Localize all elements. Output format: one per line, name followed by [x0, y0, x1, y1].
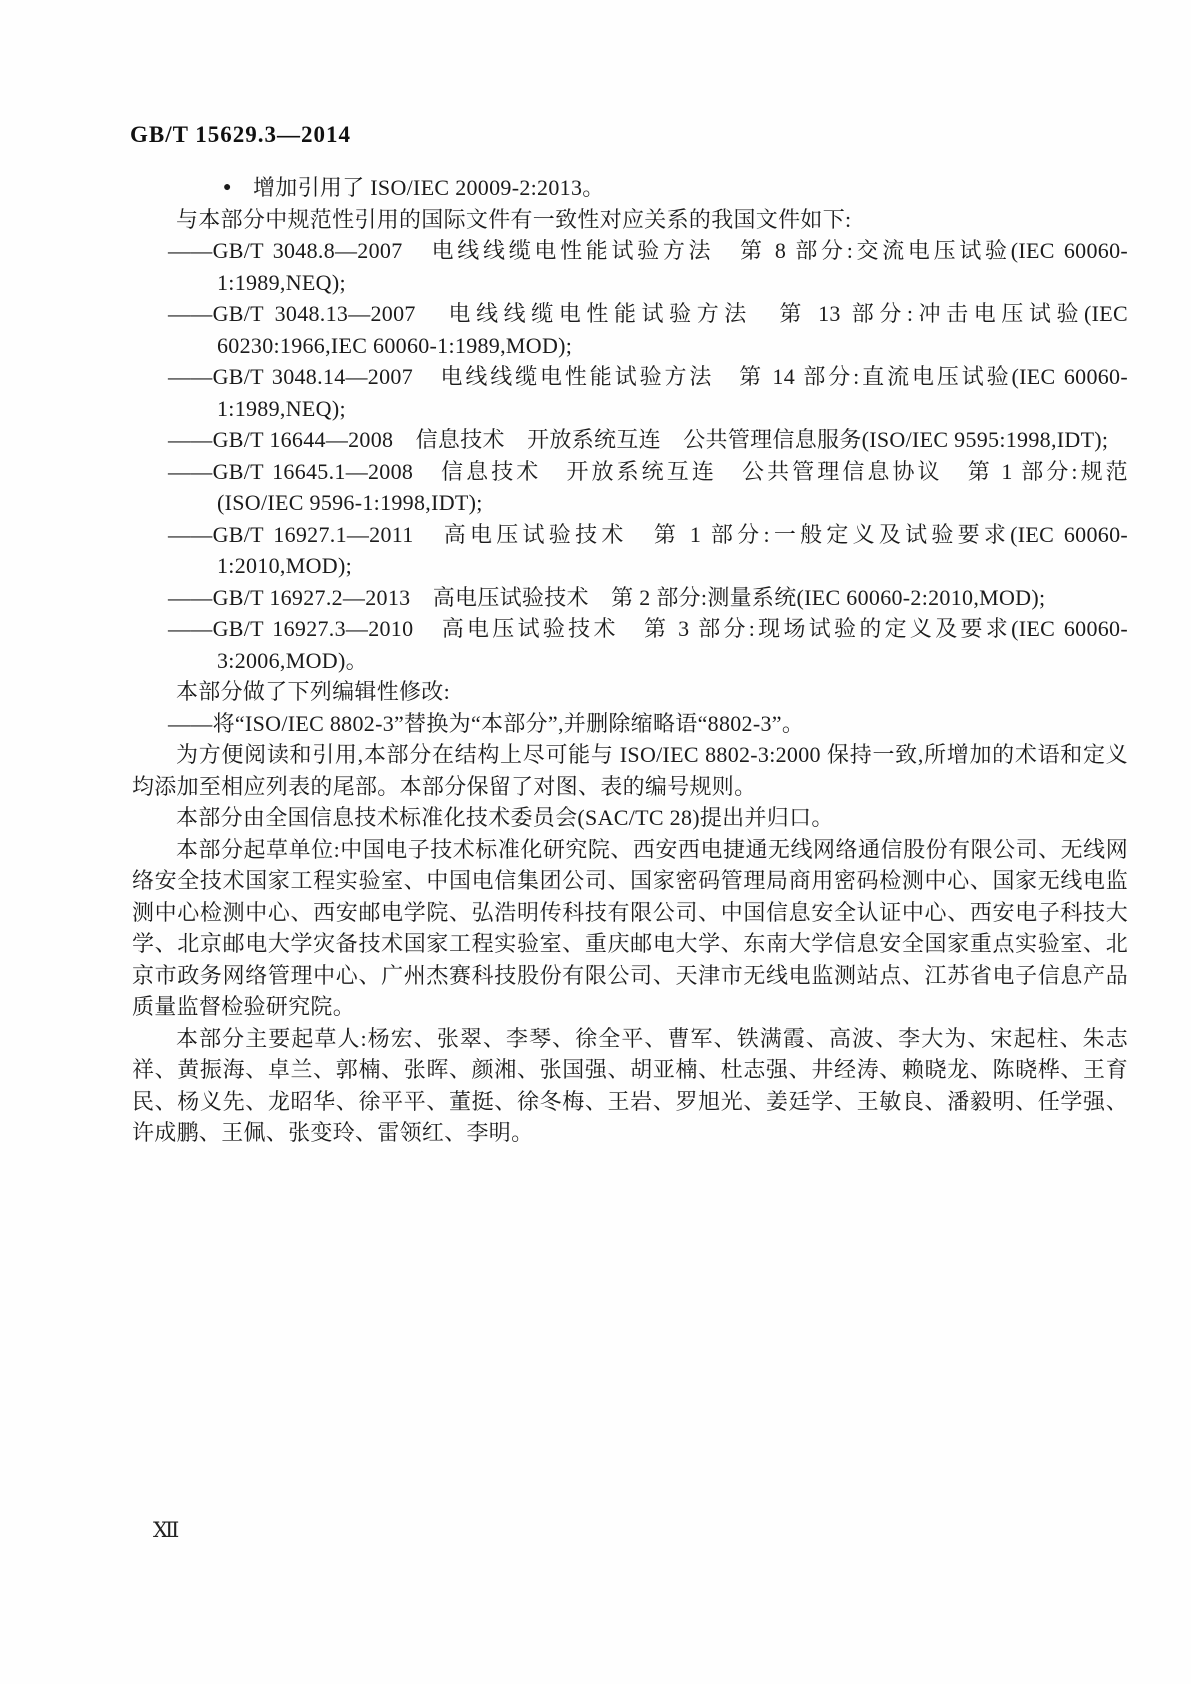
bullet-icon: ● — [223, 172, 232, 204]
standard-number: GB/T 15629.3—2014 — [130, 122, 351, 148]
document-page: GB/T 15629.3—2014 ● 增加引用了 ISO/IEC 20009-… — [0, 0, 1191, 1684]
bullet-list-item: ● 增加引用了 ISO/IEC 20009-2:2013。 — [132, 172, 1128, 204]
paragraph-committee: 本部分由全国信息技术标准化技术委员会(SAC/TC 28)提出并归口。 — [132, 802, 1128, 834]
reference-item: ——GB/T 3048.8—2007 电线线缆电性能试验方法 第 8 部分:交流… — [132, 235, 1128, 298]
reference-item: ——GB/T 16927.3—2010 高电压试验技术 第 3 部分:现场试验的… — [132, 613, 1128, 676]
reference-item: ——GB/T 16644—2008 信息技术 开放系统互连 公共管理信息服务(I… — [132, 424, 1128, 456]
reference-item: ——GB/T 3048.13—2007 电线线缆电性能试验方法 第 13 部分:… — [132, 298, 1128, 361]
reference-item: ——GB/T 16927.2—2013 高电压试验技术 第 2 部分:测量系统(… — [132, 582, 1128, 614]
paragraph-drafting-orgs: 本部分起草单位:中国电子技术标准化研究院、西安西电捷通无线网络通信股份有限公司、… — [132, 834, 1128, 1023]
paragraph-structure-note: 为方便阅读和引用,本部分在结构上尽可能与 ISO/IEC 8802-3:2000… — [132, 739, 1128, 802]
bullet-item-text: 增加引用了 ISO/IEC 20009-2:2013。 — [253, 175, 605, 200]
paragraph-editorial-changes: 本部分做了下列编辑性修改: — [132, 676, 1128, 708]
paragraph-drafters: 本部分主要起草人:杨宏、张翠、李琴、徐全平、曹军、铁满霞、高波、李大为、宋起柱、… — [132, 1023, 1128, 1149]
reference-item: ——GB/T 16927.1—2011 高电压试验技术 第 1 部分:一般定义及… — [132, 519, 1128, 582]
reference-item: ——GB/T 16645.1—2008 信息技术 开放系统互连 公共管理信息协议… — [132, 456, 1128, 519]
document-body: ● 增加引用了 ISO/IEC 20009-2:2013。 与本部分中规范性引用… — [132, 172, 1128, 1149]
intro-paragraph: 与本部分中规范性引用的国际文件有一致性对应关系的我国文件如下: — [132, 204, 1128, 236]
paragraph-dash-note: ——将“ISO/IEC 8802-3”替换为“本部分”,并删除缩略语“8802-… — [132, 708, 1128, 740]
page-number: Ⅻ — [153, 1518, 179, 1543]
reference-item: ——GB/T 3048.14—2007 电线线缆电性能试验方法 第 14 部分:… — [132, 361, 1128, 424]
